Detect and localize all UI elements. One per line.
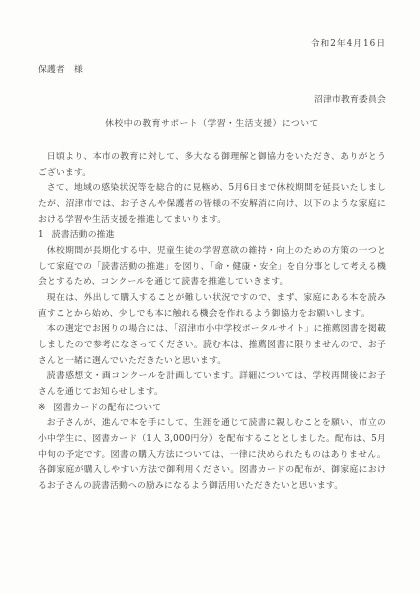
- document-title: 休校中の教育サポート（学習・生活支援）について: [38, 118, 386, 131]
- note-paragraph-1: お子さんが、進んで本を手にして、生涯を通じて読書に親しむことを願い、市立の小中学…: [38, 416, 386, 494]
- section1-paragraph-3: 本の選定でお困りの場合には、「沼津市小中学校ポータルサイト」に推薦図書を掲載しま…: [38, 322, 386, 369]
- sender-line: 沼津市教育委員会: [38, 94, 386, 106]
- section1-paragraph-2: 現在は、外出して購入することが難しい状況ですので、まず、家庭にある本を読み直すこ…: [38, 291, 386, 322]
- section1-paragraph-1: 休校期間が長期化する中、児童生徒の学習意欲の維持・向上のための方策の一つとして家…: [38, 244, 386, 291]
- note-marker: ※: [38, 401, 46, 417]
- section1-heading: 1 読書活動の推進: [38, 228, 386, 244]
- intro-paragraph-1: 日頃より、本市の教育に対して、多大なる御理解と御協力をいただき、ありがとうござい…: [38, 150, 386, 181]
- section1-heading-label: 読書活動の推進: [52, 228, 115, 244]
- letter-page: 令和2年4月16日 保護者 様 沼津市教育委員会 休校中の教育サポート（学習・生…: [0, 0, 420, 594]
- date-line: 令和2年4月16日: [38, 38, 386, 50]
- recipient-line: 保護者 様: [38, 64, 386, 76]
- note-heading-label: 図書カードの配布について: [53, 401, 161, 417]
- document-body: 日頃より、本市の教育に対して、多大なる御理解と御協力をいただき、ありがとうござい…: [38, 150, 386, 494]
- intro-paragraph-2: さて、地域の感染状況等を総合的に見極め、5月6日まで休校期間を延長いたしましたが…: [38, 181, 386, 228]
- section1-paragraph-4: 読書感想文・画コンクールを計画しています。詳細については、学校再開後にお子さんを…: [38, 369, 386, 400]
- section1-number: 1: [38, 228, 44, 244]
- note-section-heading: ※ 図書カードの配布について: [38, 401, 386, 417]
